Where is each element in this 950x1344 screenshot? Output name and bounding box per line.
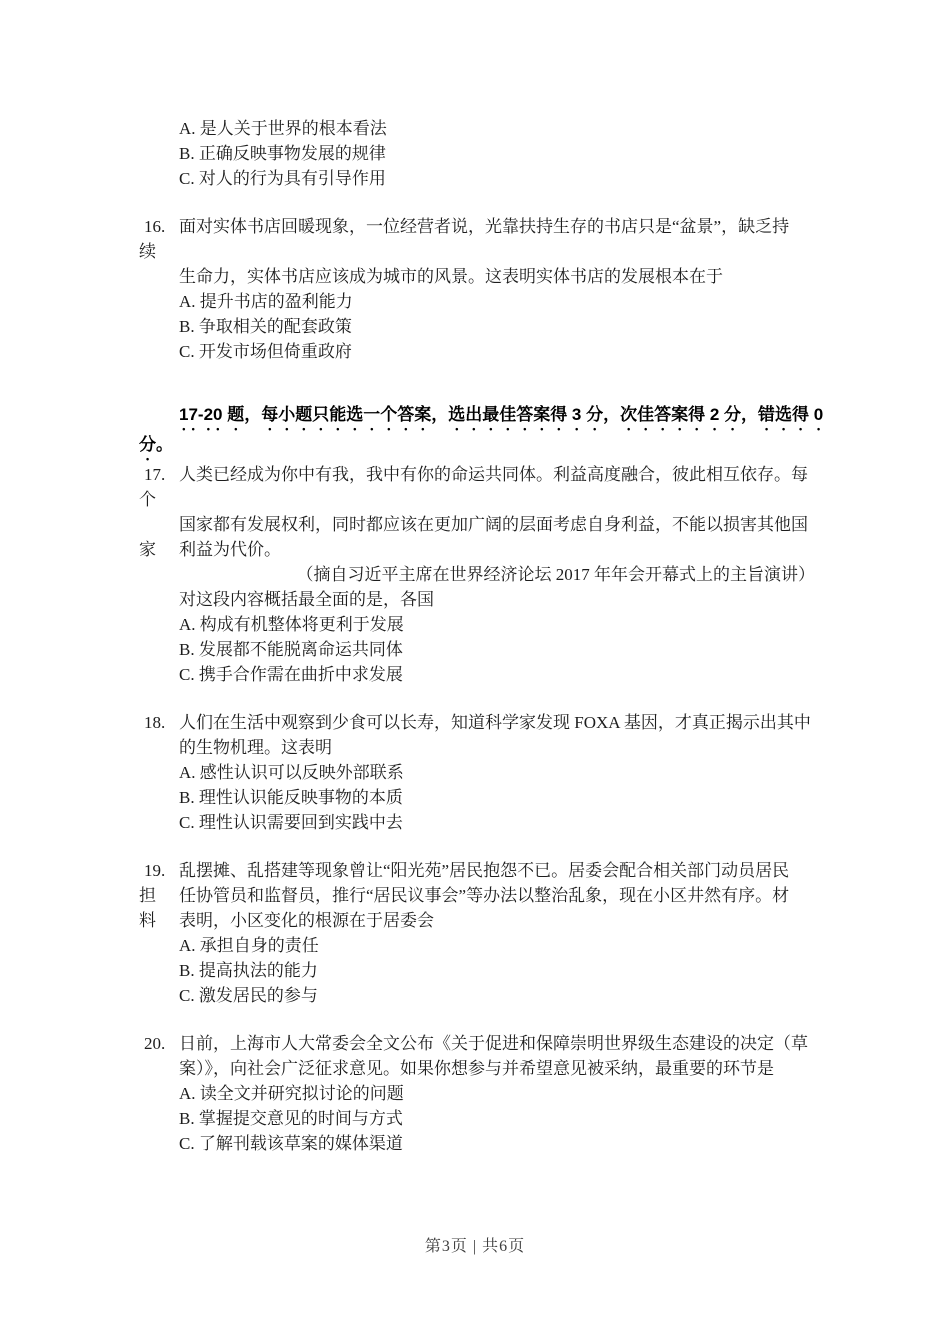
option-line: A. 读全文并研究拟讨论的问题 <box>179 1081 815 1106</box>
option-line: C. 开发市场但倚重政府 <box>179 339 815 364</box>
question-block: A. 是人关于世界的根本看法B. 正确反映事物发展的规律C. 对人的行为具有引导… <box>139 116 815 191</box>
question-number: 20. <box>144 1031 165 1056</box>
question-number: 19. <box>144 858 165 883</box>
option-line: B. 掌握提交意见的时间与方式 <box>179 1106 815 1131</box>
question-text-line: 续 <box>139 239 815 264</box>
option-line: B. 争取相关的配套政策 <box>179 314 815 339</box>
option-line: A. 构成有机整体将更利于发展 <box>179 612 815 637</box>
instruction-block: 17-20 题，每小题只能选一个答案，选出最佳答案得 3 分，次佳答案得 2 分… <box>139 400 815 460</box>
exam-page: A. 是人关于世界的根本看法B. 正确反映事物发展的规律C. 对人的行为具有引导… <box>0 0 950 1344</box>
option-line: C. 激发居民的参与 <box>179 983 815 1008</box>
question-text-line: 案）》，向社会广泛征求意见。如果你想参与并希望意见被采纳，最重要的环节是 <box>179 1056 815 1081</box>
question-block: 18.人们在生活中观察到少食可以长寿，知道科学家发现 FOXA 基因，才真正揭示… <box>139 710 815 835</box>
question-text-line: 乱摆摊、乱搭建等现象曾让“阳光苑”居民抱怨不已。居委会配合相关部门动员居民 <box>179 858 815 883</box>
page-indicator: 第3页 | 共6页 <box>425 1238 525 1255</box>
question-text-line: 国家都有发展权利，同时都应该在更加广阔的层面考虑自身利益，不能以损害其他国 <box>179 512 815 537</box>
option-line: B. 提高执法的能力 <box>179 958 815 983</box>
question-block: 19.乱摆摊、乱搭建等现象曾让“阳光苑”居民抱怨不已。居委会配合相关部门动员居民… <box>139 858 815 1008</box>
question-text-line: 人类已经成为你中有我，我中有你的命运共同体。利益高度融合，彼此相互依存。每 <box>179 462 815 487</box>
option-line: A. 感性认识可以反映外部联系 <box>179 760 815 785</box>
hanging-char: 家 <box>139 537 156 562</box>
question-text-line: 面对实体书店回暖现象，一位经营者说，光靠扶持生存的书店只是“盆景”，缺乏持 <box>179 214 815 239</box>
instruction-line: 17-20 题，每小题只能选一个答案，选出最佳答案得 3 分，次佳答案得 2 分… <box>179 400 815 430</box>
question-text-line: 日前，上海市人大常委会全文公布《关于促进和保障崇明世界级生态建设的决定（草 <box>179 1031 815 1056</box>
question-text-line: 的生物机理。这表明 <box>179 735 815 760</box>
exam-content: A. 是人关于世界的根本看法B. 正确反映事物发展的规律C. 对人的行为具有引导… <box>139 116 815 1156</box>
option-line: A. 是人关于世界的根本看法 <box>179 116 815 141</box>
option-line: C. 了解刊载该草案的媒体渠道 <box>179 1131 815 1156</box>
question-block: 17.人类已经成为你中有我，我中有你的命运共同体。利益高度融合，彼此相互依存。每… <box>139 462 815 687</box>
question-text-line: 人们在生活中观察到少食可以长寿，知道科学家发现 FOXA 基因，才真正揭示出其中 <box>179 710 815 735</box>
option-line: C. 对人的行为具有引导作用 <box>179 166 815 191</box>
question-number: 16. <box>144 214 165 239</box>
question-text-line: 个 <box>139 487 815 512</box>
option-line: A. 提升书店的盈利能力 <box>179 289 815 314</box>
question-text-line: 生命力，实体书店应该成为城市的风景。这表明实体书店的发展根本在于 <box>179 264 815 289</box>
hanging-char: 担 <box>139 883 156 908</box>
hang-line-text: 任协管员和监督员，推行“居民议事会”等办法以整治乱象，现在小区井然有序。材 <box>179 886 789 905</box>
option-line: B. 发展都不能脱离命运共同体 <box>179 637 815 662</box>
question-text-line: 担任协管员和监督员，推行“居民议事会”等办法以整治乱象，现在小区井然有序。材 <box>139 883 815 908</box>
question-text-line: 对这段内容概括最全面的是，各国 <box>179 587 815 612</box>
option-line: A. 承担自身的责任 <box>179 933 815 958</box>
option-line: B. 正确反映事物发展的规律 <box>179 141 815 166</box>
hanging-char: 料 <box>139 908 156 933</box>
citation-line: （摘自习近平主席在世界经济论坛 2017 年年会开幕式上的主旨演讲） <box>179 562 815 587</box>
question-block: 16.面对实体书店回暖现象，一位经营者说，光靠扶持生存的书店只是“盆景”，缺乏持… <box>139 214 815 364</box>
hang-line-text: 表明，小区变化的根源在于居委会 <box>179 911 434 930</box>
question-text-line: 家利益为代价。 <box>139 537 815 562</box>
option-line: C. 理性认识需要回到实践中去 <box>179 810 815 835</box>
question-number: 18. <box>144 710 165 735</box>
option-line: B. 理性认识能反映事物的本质 <box>179 785 815 810</box>
question-number: 17. <box>144 462 165 487</box>
page-footer: 第3页 | 共6页 <box>0 1233 950 1256</box>
instruction-line: 分。 <box>139 430 815 460</box>
option-line: C. 携手合作需在曲折中求发展 <box>179 662 815 687</box>
question-text-line: 料表明，小区变化的根源在于居委会 <box>139 908 815 933</box>
hang-line-text: 利益为代价。 <box>179 540 281 559</box>
question-block: 20.日前，上海市人大常委会全文公布《关于促进和保障崇明世界级生态建设的决定（草… <box>139 1031 815 1156</box>
